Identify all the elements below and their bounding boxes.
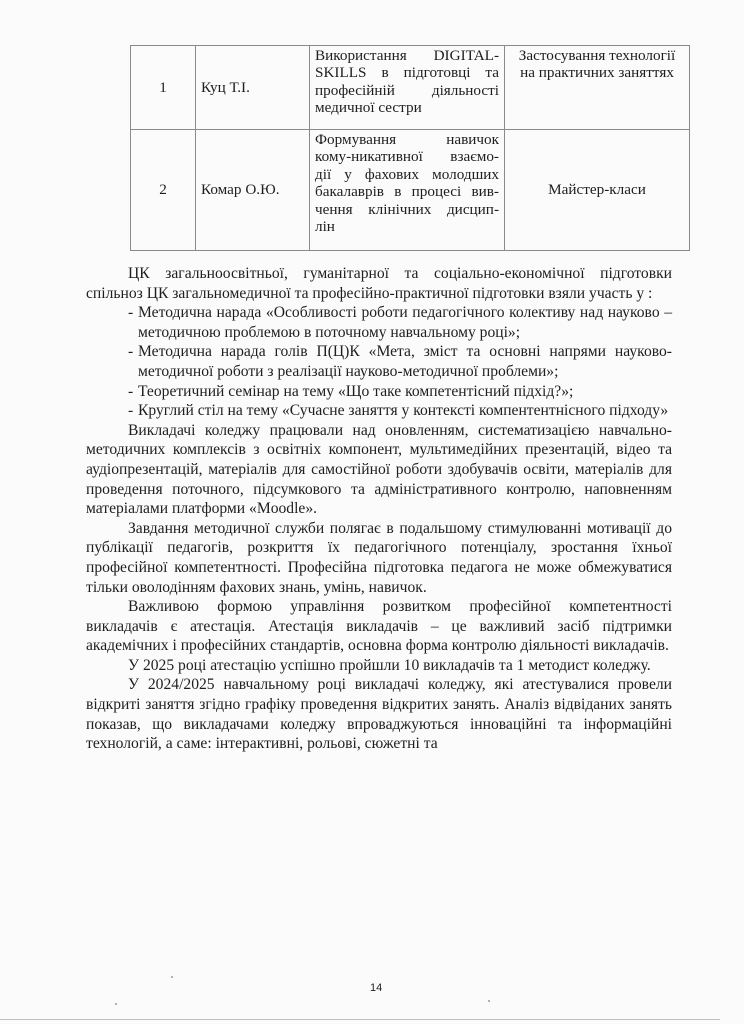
topic-cell: Використання DIGITAL- SKILLS в підготовц…	[310, 46, 505, 130]
topic-line: професійній діяльності	[315, 82, 499, 99]
topic-line: Формування навичок	[315, 131, 499, 148]
event-form: Застосування технології на практичних за…	[505, 46, 690, 130]
topic-line: Використання DIGITAL-	[315, 47, 499, 64]
topic-line: дії у фахових молодших	[315, 166, 499, 183]
paragraph-methodical-complexes: Викладачі коледжу працювали над оновленн…	[86, 421, 672, 519]
body-text: ЦК загальноосвітньої, гуманітарної та со…	[86, 264, 672, 754]
teacher-name: Комар О.Ю.	[196, 130, 310, 251]
list-item: Методична нарада «Особливості роботи пед…	[128, 303, 672, 342]
table-row: 1 Куц Т.І. Використання DIGITAL- SKILLS …	[131, 46, 690, 130]
list-item: Круглий стіл на тему «Сучасне заняття у …	[128, 401, 672, 421]
topic-line: SKILLS в підготовці та	[315, 64, 499, 81]
topic-line: лін	[315, 218, 499, 235]
page-number: 14	[370, 982, 382, 994]
intro-paragraph: ЦК загальноосвітньої, гуманітарної та со…	[86, 264, 672, 303]
topic-line: кому-никативної взаємо-	[315, 148, 499, 165]
topic-line: медичної сестри	[315, 99, 499, 116]
topic-line: чення клінічних дисцип-	[315, 201, 499, 218]
topic-line: бакалаврів в процесі вив-	[315, 183, 499, 200]
scan-speck	[171, 976, 173, 978]
topic-cell: Формування навичок кому-никативної взаєм…	[310, 130, 505, 251]
events-list: Методична нарада «Особливості роботи пед…	[86, 303, 672, 421]
paragraph-open-lessons: У 2024/2025 навчальному році викладачі к…	[86, 675, 672, 753]
events-table: 1 Куц Т.І. Використання DIGITAL- SKILLS …	[130, 45, 690, 251]
scan-speck	[488, 1000, 490, 1002]
paragraph-methodical-service: Завдання методичної служби полягає в под…	[86, 519, 672, 597]
table-row: 2 Комар О.Ю. Формування навичок кому-ник…	[131, 130, 690, 251]
row-number: 1	[131, 46, 196, 130]
paragraph-attestation-results: У 2025 році атестацію успішно пройшли 10…	[86, 656, 672, 676]
footer-divider	[0, 1019, 720, 1020]
scan-speck	[115, 1003, 117, 1005]
document-page: 1 Куц Т.І. Використання DIGITAL- SKILLS …	[0, 0, 744, 1024]
paragraph-attestation: Важливою формою управління розвитком про…	[86, 597, 672, 656]
event-form: Майстер-класи	[505, 130, 690, 251]
list-item: Теоретичний семінар на тему «Що таке ком…	[128, 382, 672, 402]
list-item: Методична нарада голів П(Ц)К «Мета, зміс…	[128, 342, 672, 381]
teacher-name: Куц Т.І.	[196, 46, 310, 130]
row-number: 2	[131, 130, 196, 251]
